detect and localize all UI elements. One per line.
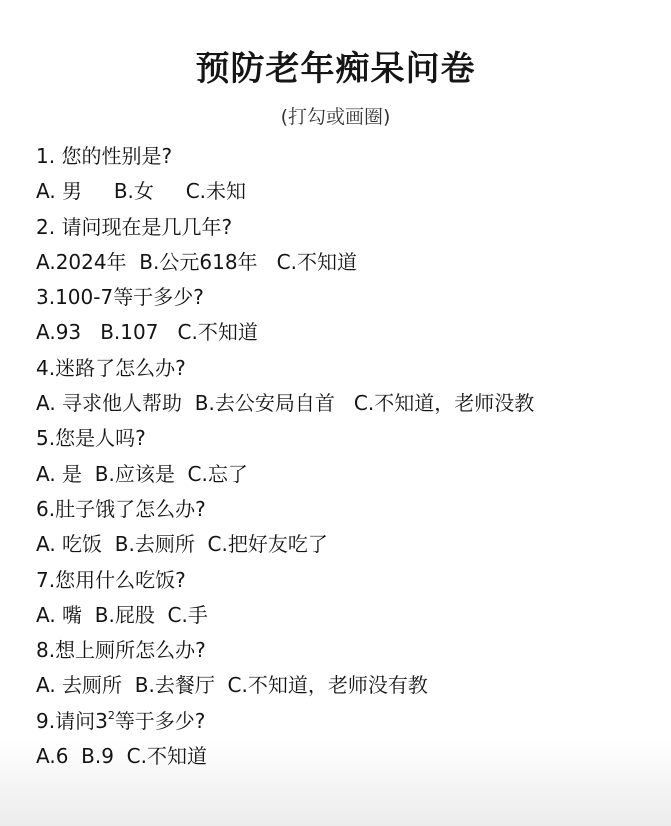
page-subtitle: (打勾或画圈) [0, 103, 671, 131]
question-7: 7.您用什么吃饭? [36, 563, 534, 598]
options-6: A. 吃饭 B.去厕所 C.把好友吃了 [36, 527, 534, 562]
options-4: A. 寻求他人帮助 B.去公安局自首 C.不知道，老师没教 [36, 386, 534, 421]
options-3: A.93 B.107 C.不知道 [36, 315, 534, 350]
question-9-suffix: 等于多少? [115, 709, 206, 733]
options-2: A.2024年 B.公元618年 C.不知道 [36, 245, 534, 280]
question-8: 8.想上厕所怎么办? [36, 633, 534, 668]
question-5: 5.您是人吗? [36, 421, 534, 456]
question-9-exponent: 2 [108, 709, 115, 722]
question-list: 1. 您的性别是? A. 男 B.女 C.未知 2. 请问现在是几几年? A.2… [36, 139, 534, 774]
question-2: 2. 请问现在是几几年? [36, 210, 534, 245]
question-4: 4.迷路了怎么办? [36, 351, 534, 386]
question-9-prefix: 9.请问3 [36, 709, 108, 733]
options-5: A. 是 B.应该是 C.忘了 [36, 457, 534, 492]
question-3: 3.100-7等于多少? [36, 280, 534, 315]
page-title: 预防老年痴呆问卷 [0, 44, 671, 94]
options-1: A. 男 B.女 C.未知 [36, 174, 534, 209]
question-6: 6.肚子饿了怎么办? [36, 492, 534, 527]
options-7: A. 嘴 B.屁股 C.手 [36, 598, 534, 633]
question-9: 9.请问32等于多少? [36, 704, 534, 739]
question-1: 1. 您的性别是? [36, 139, 534, 174]
options-8: A. 去厕所 B.去餐厅 C.不知道，老师没有教 [36, 668, 534, 703]
options-9: A.6 B.9 C.不知道 [36, 739, 534, 774]
